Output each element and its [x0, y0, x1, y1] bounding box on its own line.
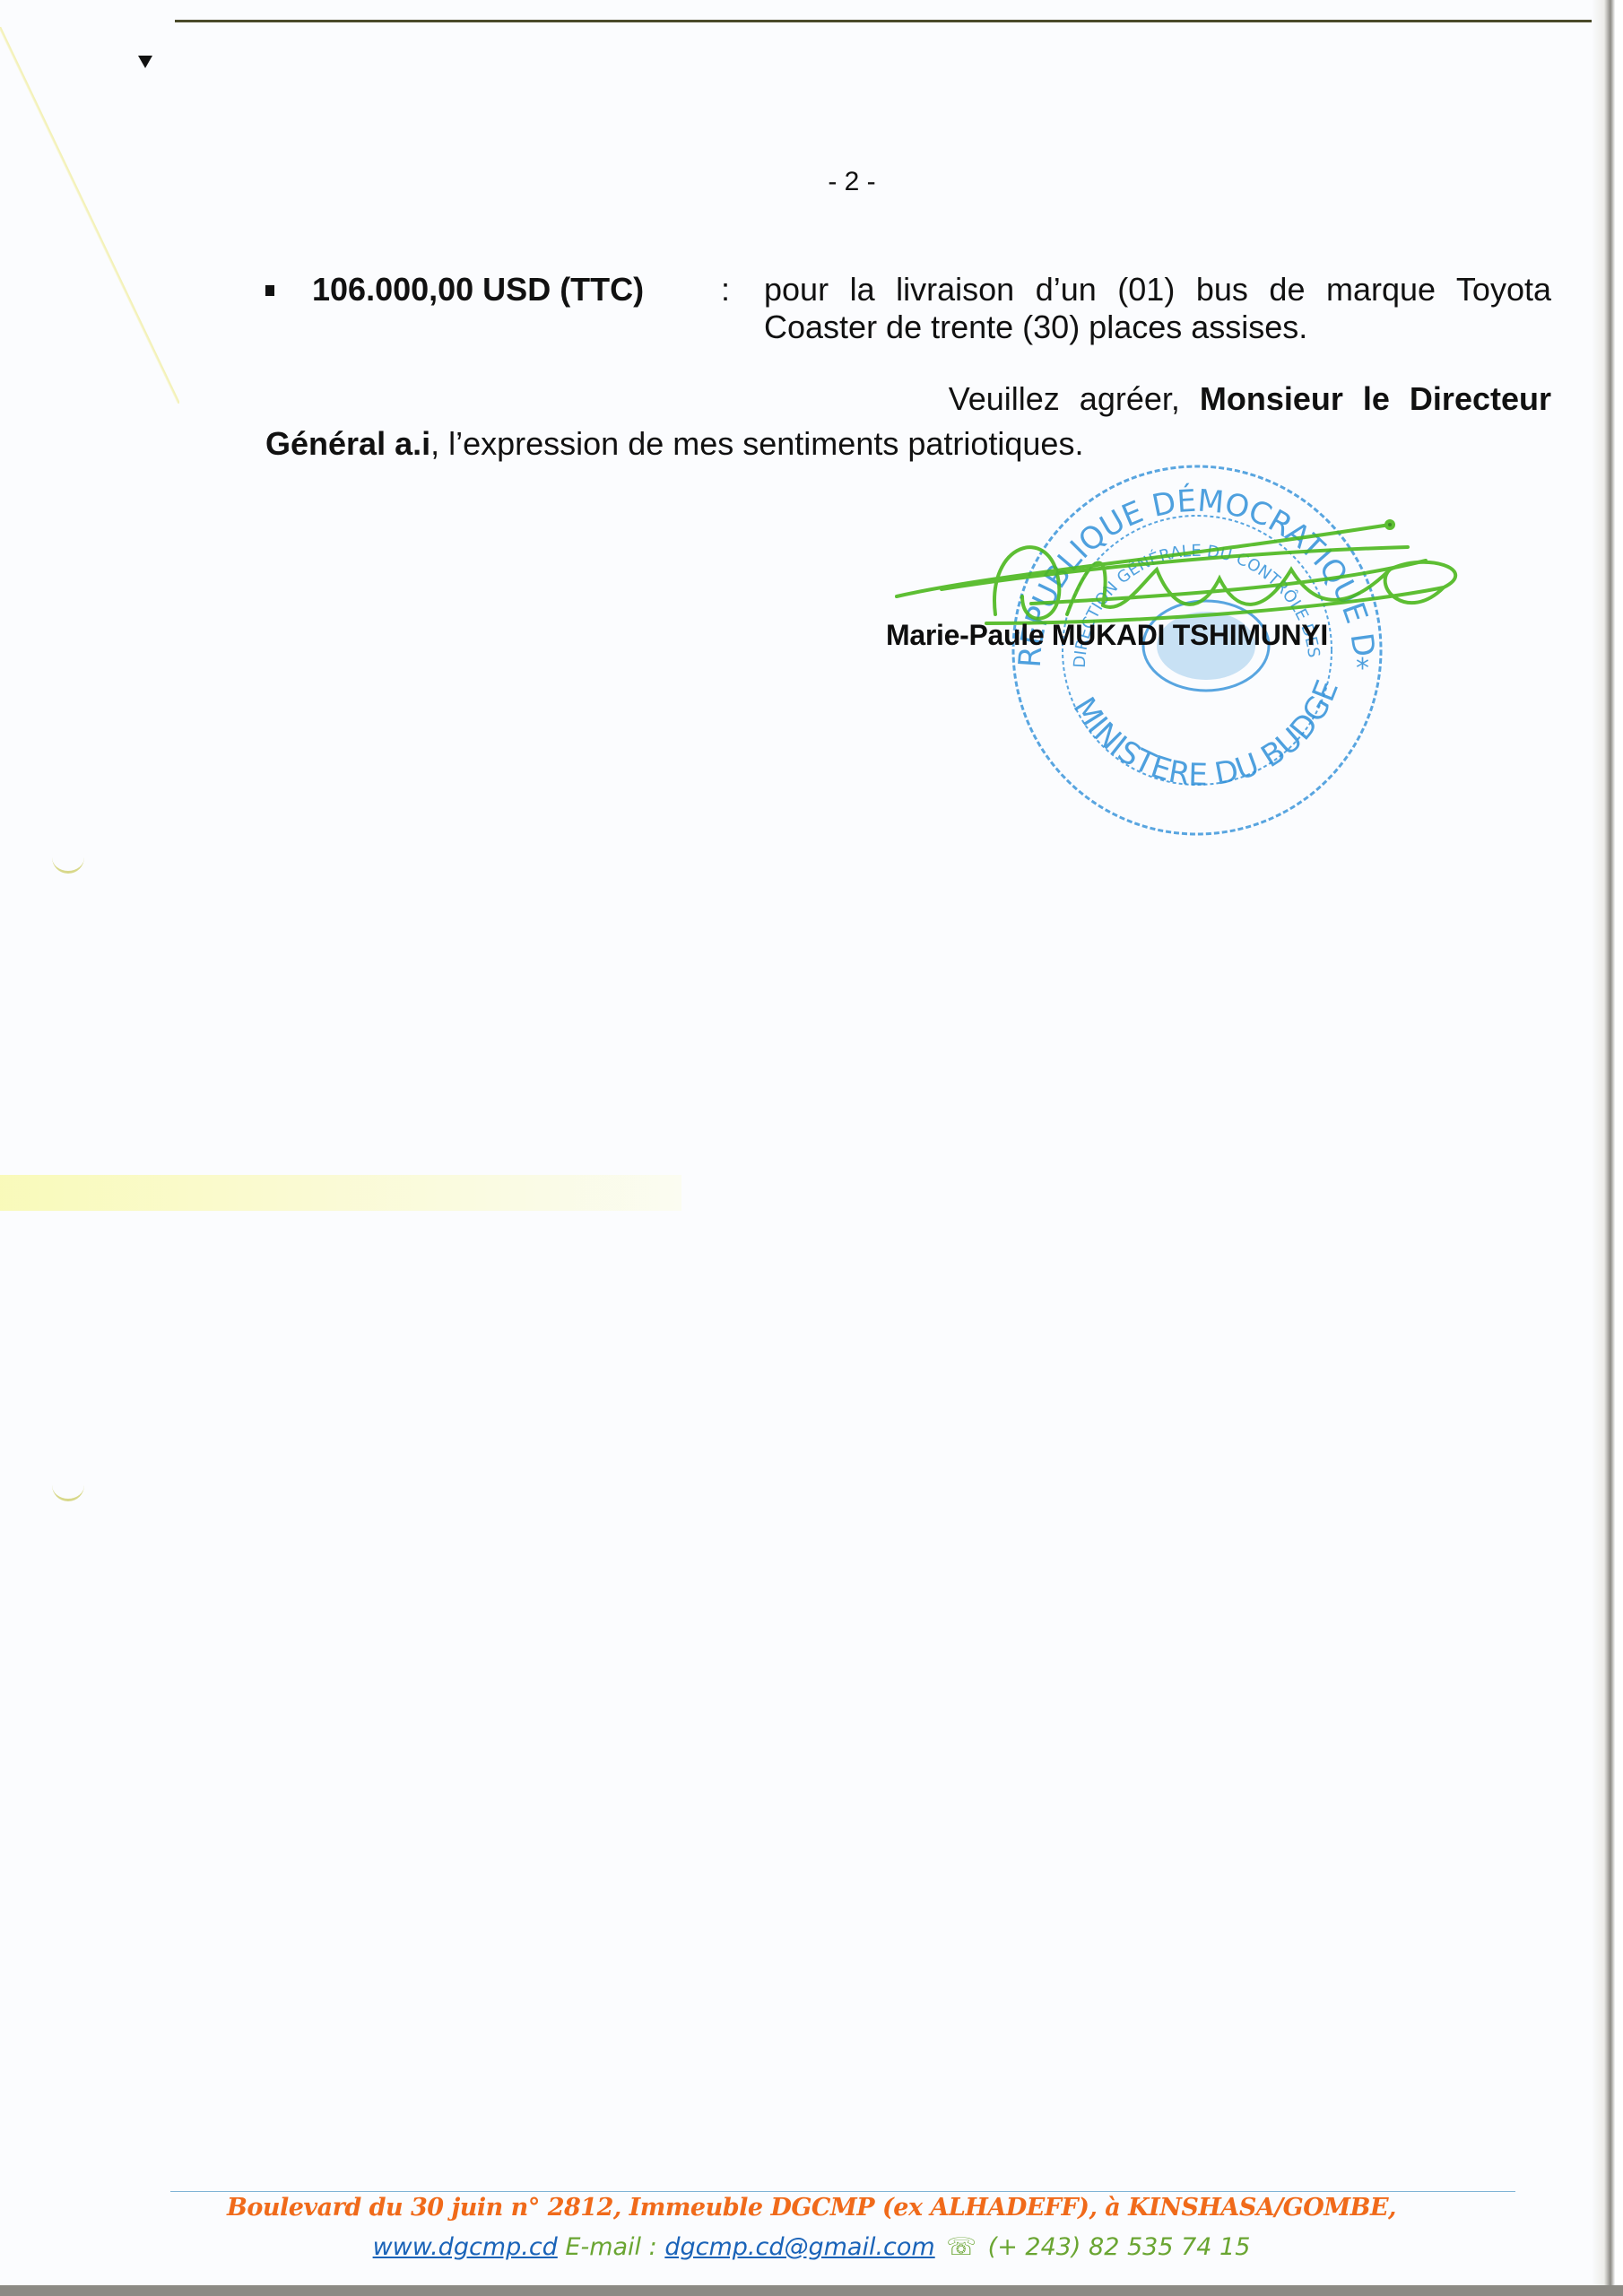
scan-stripe	[0, 1175, 681, 1211]
footer-contact: www.dgcmp.cd E-mail : dgcmp.cd@gmail.com…	[0, 2233, 1623, 2261]
email-label: E-mail :	[565, 2233, 664, 2261]
page-number: - 2 -	[0, 167, 1623, 197]
punch-hole-mark	[52, 857, 84, 874]
footer-divider	[170, 2191, 1515, 2192]
closing-text: Veuillez agréer,	[949, 380, 1200, 417]
svg-text:*: *	[1356, 653, 1369, 684]
item-amount: 106.000,00 USD (TTC)	[312, 271, 644, 309]
scan-edge-shadow	[0, 2285, 1623, 2296]
bullet-icon	[265, 285, 274, 296]
telephone-icon: ☏	[946, 2233, 976, 2261]
signatory-name: Marie-Paule MUKADI TSHIMUNYI	[886, 619, 1328, 652]
website-link[interactable]: www.dgcmp.cd	[373, 2233, 558, 2261]
page-edge	[175, 20, 1605, 22]
staple-mark	[138, 56, 152, 68]
email-link[interactable]: dgcmp.cd@gmail.com	[664, 2233, 934, 2261]
addressee-title: Monsieur le Directeur	[1200, 380, 1551, 417]
footer-address: Boulevard du 30 juin n° 2812, Immeuble D…	[0, 2194, 1623, 2222]
scan-edge-shadow	[1592, 0, 1623, 2296]
item-description: pour la livraison d’un (01) bus de marqu…	[764, 271, 1551, 346]
addressee-title-continued: Général a.i	[265, 425, 430, 462]
item-separator: :	[721, 271, 730, 309]
paper-fold	[0, 27, 179, 404]
punch-hole-mark	[52, 1484, 84, 1501]
phone-number: (+ 243) 82 535 74 15	[988, 2233, 1251, 2261]
